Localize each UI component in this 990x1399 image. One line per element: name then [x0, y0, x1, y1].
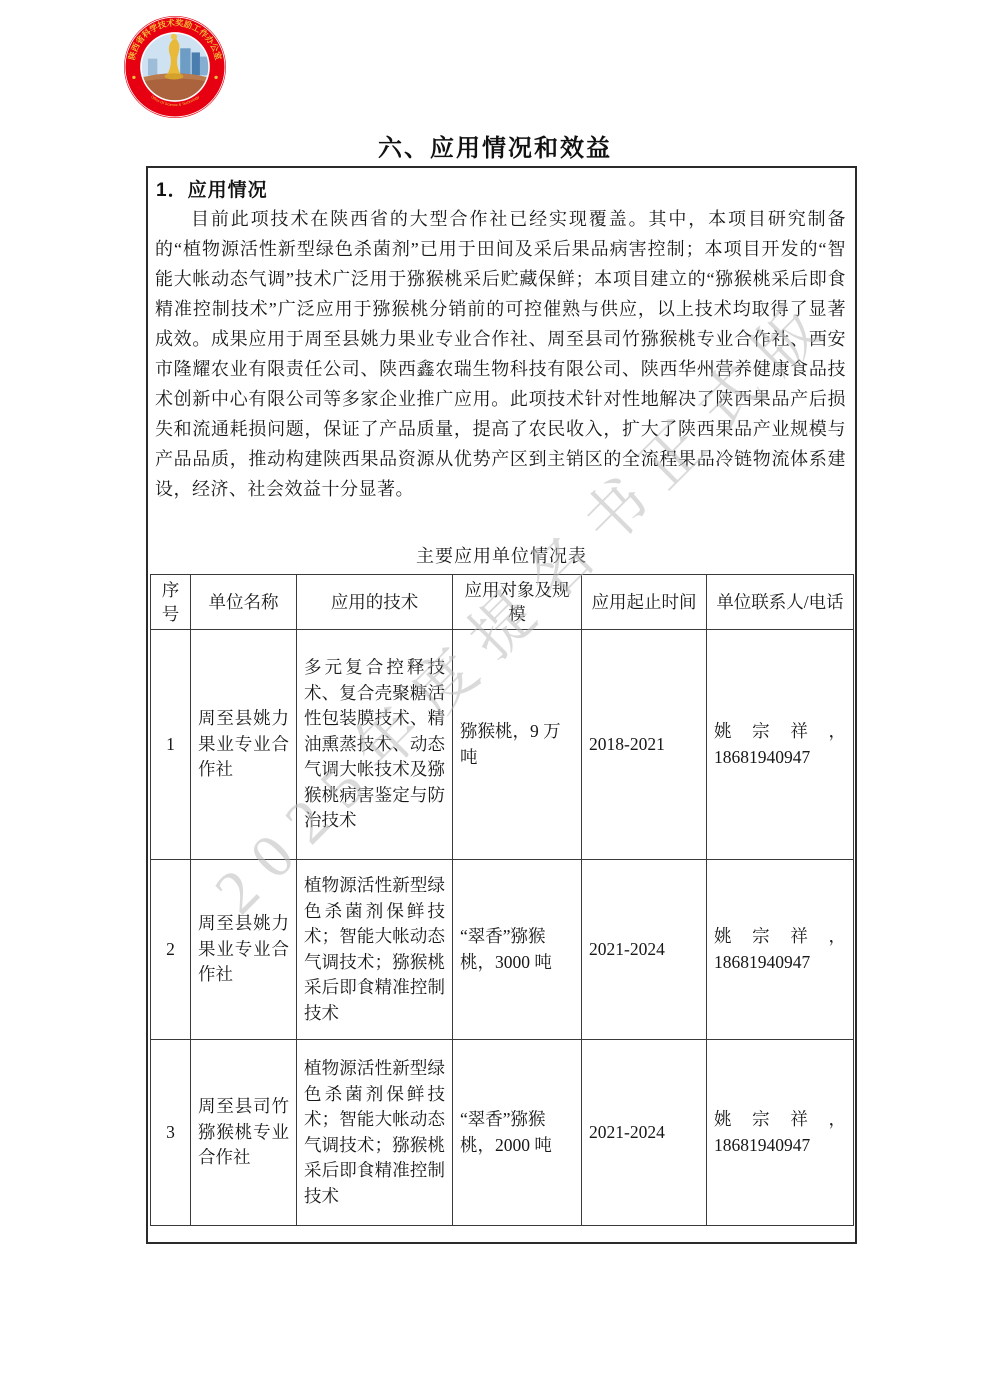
page-title: 六、应用情况和效益	[0, 128, 990, 163]
cell-seq: 1	[151, 630, 191, 860]
cell-period: 2018-2021	[582, 630, 707, 860]
table-title: 主要应用单位情况表	[148, 542, 855, 568]
table-header-row: 序号 单位名称 应用的技术 应用对象及规模 应用起止时间 单位联系人/电话	[151, 575, 854, 630]
cell-contact: 姚宗祥，18681940947	[707, 860, 854, 1040]
cell-unit-name: 周至县姚力果业专业合作社	[191, 630, 297, 860]
cell-technology: 植物源活性新型绿色杀菌剂保鲜技术；智能大帐动态气调技术；猕猴桃采后即食精准控制技…	[297, 860, 453, 1040]
seal-icon: 陕西省科学技术奖励工作办公室 Office Of Science & Techn…	[123, 15, 227, 119]
cell-seq: 3	[151, 1040, 191, 1226]
header-target-scale: 应用对象及规模	[453, 575, 582, 630]
section-heading: 1．应用情况	[156, 175, 847, 202]
header-unit-name: 单位名称	[191, 575, 297, 630]
cell-technology: 植物源活性新型绿色杀菌剂保鲜技术；智能大帐动态气调技术；猕猴桃采后即食精准控制技…	[297, 1040, 453, 1226]
cell-seq: 2	[151, 860, 191, 1040]
header-technology: 应用的技术	[297, 575, 453, 630]
header-period: 应用起止时间	[582, 575, 707, 630]
cell-target-scale: “翠香”猕猴桃，2000 吨	[453, 1040, 582, 1226]
cell-target-scale: 猕猴桃，9 万吨	[453, 630, 582, 860]
cell-contact: 姚宗祥，18681940947	[707, 630, 854, 860]
cell-contact: 姚宗祥，18681940947	[707, 1040, 854, 1226]
cell-technology: 多元复合控释技术、复合壳聚糖活性包装膜技术、精油熏蒸技术、动态气调大帐技术及猕猴…	[297, 630, 453, 860]
application-paragraph: 目前此项技术在陕西省的大型合作社已经实现覆盖。其中，本项目研究制备的“植物源活性…	[155, 204, 846, 504]
document-page: 陕西省科学技术奖励工作办公室 Office Of Science & Techn…	[0, 0, 990, 1399]
table-row: 3 周至县司竹猕猴桃专业合作社 植物源活性新型绿色杀菌剂保鲜技术；智能大帐动态气…	[151, 1040, 854, 1226]
header-contact: 单位联系人/电话	[707, 575, 854, 630]
award-office-seal: 陕西省科学技术奖励工作办公室 Office Of Science & Techn…	[123, 15, 227, 119]
cell-period: 2021-2024	[582, 1040, 707, 1226]
cell-unit-name: 周至县姚力果业专业合作社	[191, 860, 297, 1040]
table-row: 2 周至县姚力果业专业合作社 植物源活性新型绿色杀菌剂保鲜技术；智能大帐动态气调…	[151, 860, 854, 1040]
application-units-table: 序号 单位名称 应用的技术 应用对象及规模 应用起止时间 单位联系人/电话 1 …	[150, 574, 854, 1226]
cell-period: 2021-2024	[582, 860, 707, 1040]
content-border-box: 1．应用情况 目前此项技术在陕西省的大型合作社已经实现覆盖。其中，本项目研究制备…	[146, 166, 857, 1244]
table-row: 1 周至县姚力果业专业合作社 多元复合控释技术、复合壳聚糖活性包装膜技术、精油熏…	[151, 630, 854, 860]
cell-unit-name: 周至县司竹猕猴桃专业合作社	[191, 1040, 297, 1226]
header-seq: 序号	[151, 575, 191, 630]
cell-target-scale: “翠香”猕猴桃，3000 吨	[453, 860, 582, 1040]
